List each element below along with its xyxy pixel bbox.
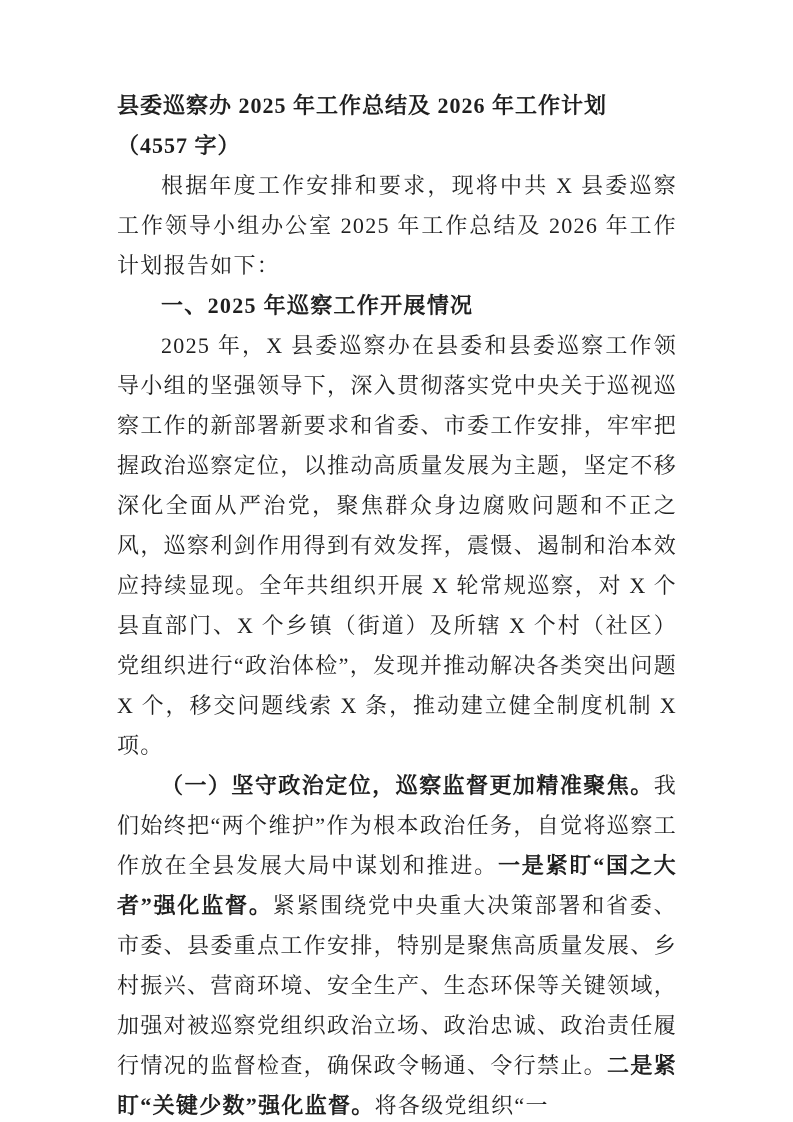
subsection1-paragraph: （一）坚守政治定位，巡察监督更加精准聚焦。我们始终把“两个维护”作为根本政治任务…: [117, 766, 677, 1122]
intro-paragraph: 根据年度工作安排和要求，现将中共 X 县委巡察工作领导小组办公室 2025 年工…: [117, 166, 677, 286]
document-title: 县委巡察办 2025 年工作总结及 2026 年工作计划（4557 字）: [117, 86, 677, 166]
text-run: 紧紧围绕党中央重大决策部署和省委、市委、县委重点工作安排，特别是聚焦高质量发展、…: [117, 893, 677, 1078]
document-page: 县委巡察办 2025 年工作总结及 2026 年工作计划（4557 字） 根据年…: [0, 0, 793, 1122]
subsection1-heading-run: （一）坚守政治定位，巡察监督更加精准聚焦。: [161, 773, 654, 798]
section1-body-paragraph: 2025 年，X 县委巡察办在县委和县委巡察工作领导小组的坚强领导下，深入贯彻落…: [117, 326, 677, 766]
section-heading-2025-work: 一、2025 年巡察工作开展情况: [117, 286, 677, 326]
text-run: 将各级党组织“一: [375, 1093, 549, 1118]
document-content: 县委巡察办 2025 年工作总结及 2026 年工作计划（4557 字） 根据年…: [117, 86, 677, 1122]
